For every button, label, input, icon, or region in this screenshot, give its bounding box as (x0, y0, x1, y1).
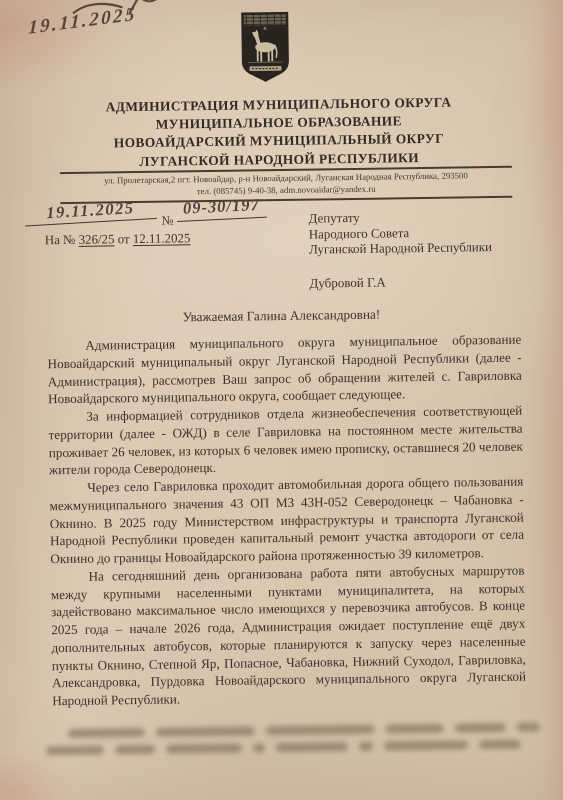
addressee-block: Депутату Народного Совета Луганской Наро… (308, 209, 492, 258)
body-paragraph: Через село Гавриловка проходит автомобил… (49, 473, 524, 568)
letter-content: 19.11.2025 (0, 0, 563, 800)
body-paragraph: За информацией сотрудников отдела жизнео… (48, 402, 523, 480)
number-sign: № (162, 213, 174, 228)
blurred-text-block (46, 722, 540, 763)
outgoing-date-handwritten: 19.11.2025 (24, 197, 157, 227)
incoming-ref-label: На № (45, 233, 76, 247)
incoming-ref-date: 12.11.2025 (133, 231, 191, 246)
addressee-name: Дубровой Г.А (309, 275, 385, 292)
scan-edge-shadow (541, 0, 563, 800)
incoming-reference-line: На № 326/25 от 12.11.2025 (45, 231, 191, 248)
scanned-letter-page: 19.11.2025 (0, 0, 563, 800)
addressee-line: Луганской Народной Республики (309, 240, 492, 258)
letterhead: АДМИНИСТРАЦИЯ МУНИЦИПАЛЬНОГО ОКРУГА МУНИ… (0, 92, 561, 173)
shield-masonry-band (244, 14, 286, 25)
coat-of-arms-emblem (240, 11, 291, 84)
body-paragraph: На сегодняшний день организована работа … (50, 561, 526, 710)
outgoing-number-handwritten: 09-30/197 (176, 195, 267, 222)
incoming-ref-from: от (118, 232, 130, 246)
incoming-ref-number: 326/25 (79, 232, 115, 246)
blurred-text-line (68, 722, 540, 738)
blurred-text-line (46, 739, 540, 755)
salutation: Уважаемая Галина Александровна! (0, 304, 563, 328)
body-paragraph: Администрация муниципального округа муни… (47, 331, 522, 409)
letter-body: Администрация муниципального округа муни… (47, 331, 526, 710)
